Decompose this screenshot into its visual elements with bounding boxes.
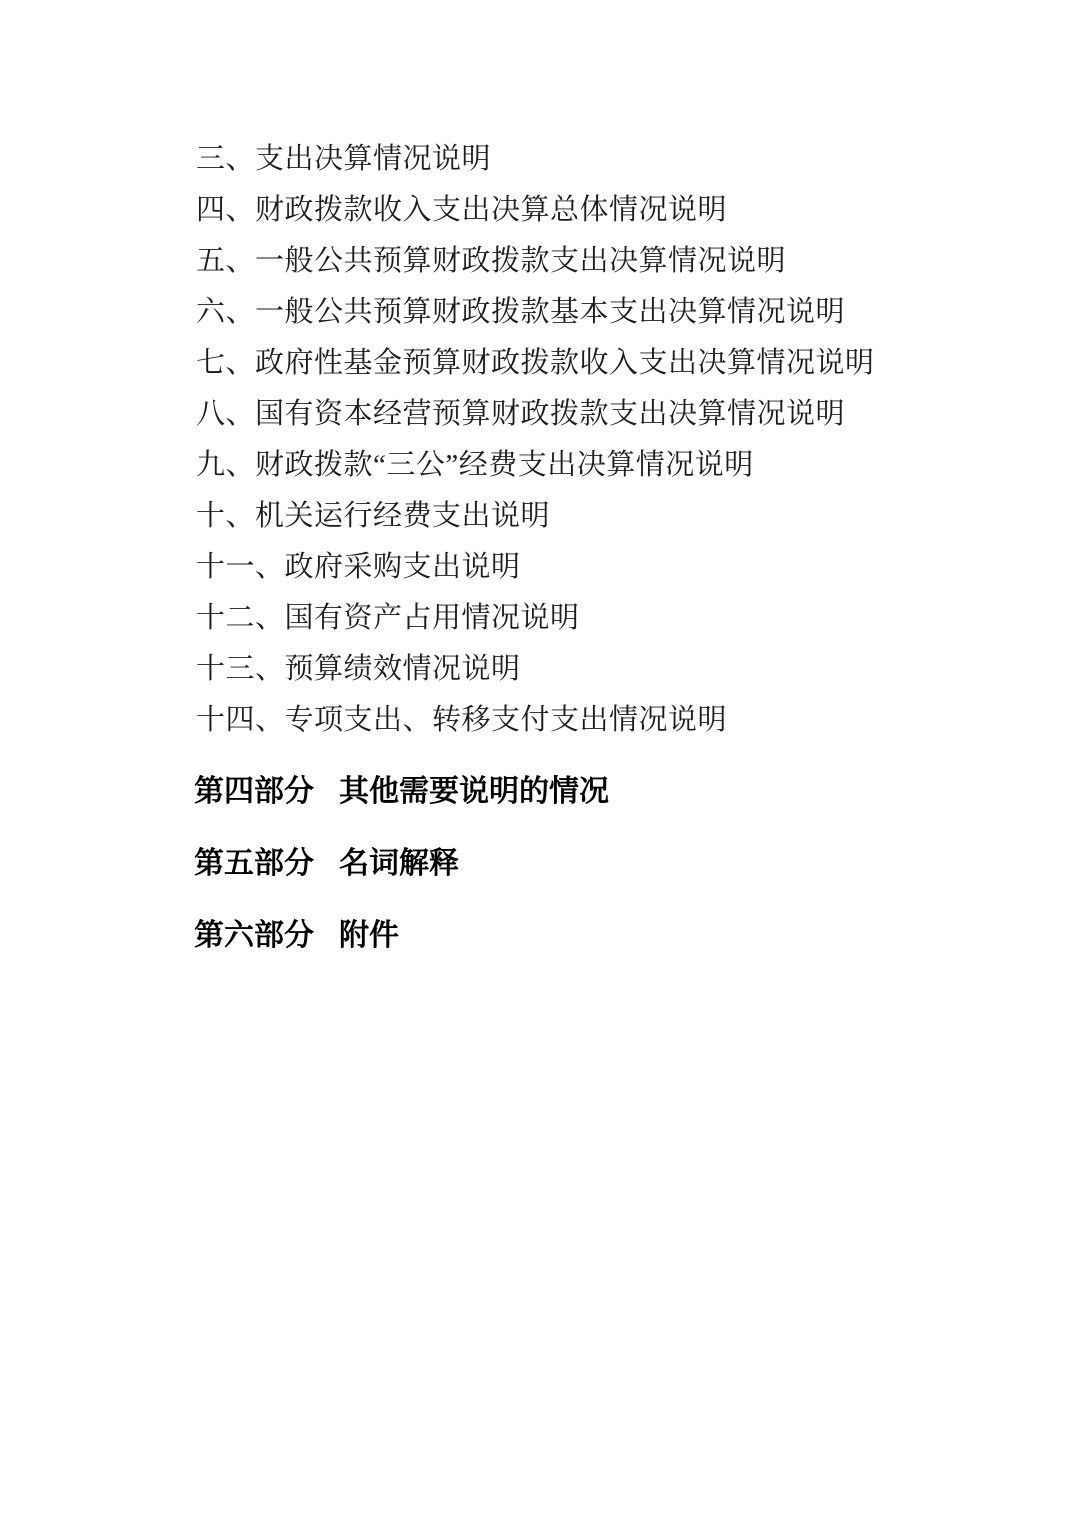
toc-item: 四、财政拨款收入支出决算总体情况说明 (196, 185, 1034, 236)
section-label: 第四部分 (194, 766, 314, 810)
section-heading: 第五部分名词解释 (194, 840, 1074, 880)
toc-item: 十一、政府采购支出说明 (196, 542, 1034, 593)
toc-item: 五、一般公共预算财政拨款支出决算情况说明 (196, 236, 1034, 287)
toc-item: 三、支出决算情况说明 (196, 134, 1034, 185)
toc-item: 七、政府性基金预算财政拨款收入支出决算情况说明 (196, 338, 1034, 389)
toc-item: 十四、专项支出、转移支付支出情况说明 (196, 695, 1034, 746)
section-label: 第五部分 (194, 838, 314, 882)
toc-item: 九、财政拨款“三公”经费支出决算情况说明 (196, 440, 1034, 491)
toc-item: 十、机关运行经费支出说明 (196, 491, 1034, 542)
section-title: 附件 (339, 910, 399, 954)
section-heading: 第六部分附件 (194, 912, 1074, 952)
toc-item: 十二、国有资产占用情况说明 (196, 593, 1034, 644)
toc-sections: 第四部分其他需要说明的情况第五部分名词解释第六部分附件 (194, 768, 1074, 952)
toc-item: 十三、预算绩效情况说明 (196, 644, 1034, 695)
toc-item: 六、一般公共预算财政拨款基本支出决算情况说明 (196, 287, 1034, 338)
section-heading: 第四部分其他需要说明的情况 (194, 768, 1074, 808)
section-title: 其他需要说明的情况 (339, 766, 609, 810)
document-page: 三、支出决算情况说明四、财政拨款收入支出决算总体情况说明五、一般公共预算财政拨款… (0, 0, 1074, 1520)
section-title: 名词解释 (339, 838, 459, 882)
toc-item: 八、国有资本经营预算财政拨款支出决算情况说明 (196, 389, 1034, 440)
toc-list: 三、支出决算情况说明四、财政拨款收入支出决算总体情况说明五、一般公共预算财政拨款… (0, 0, 1074, 746)
section-label: 第六部分 (194, 910, 314, 954)
